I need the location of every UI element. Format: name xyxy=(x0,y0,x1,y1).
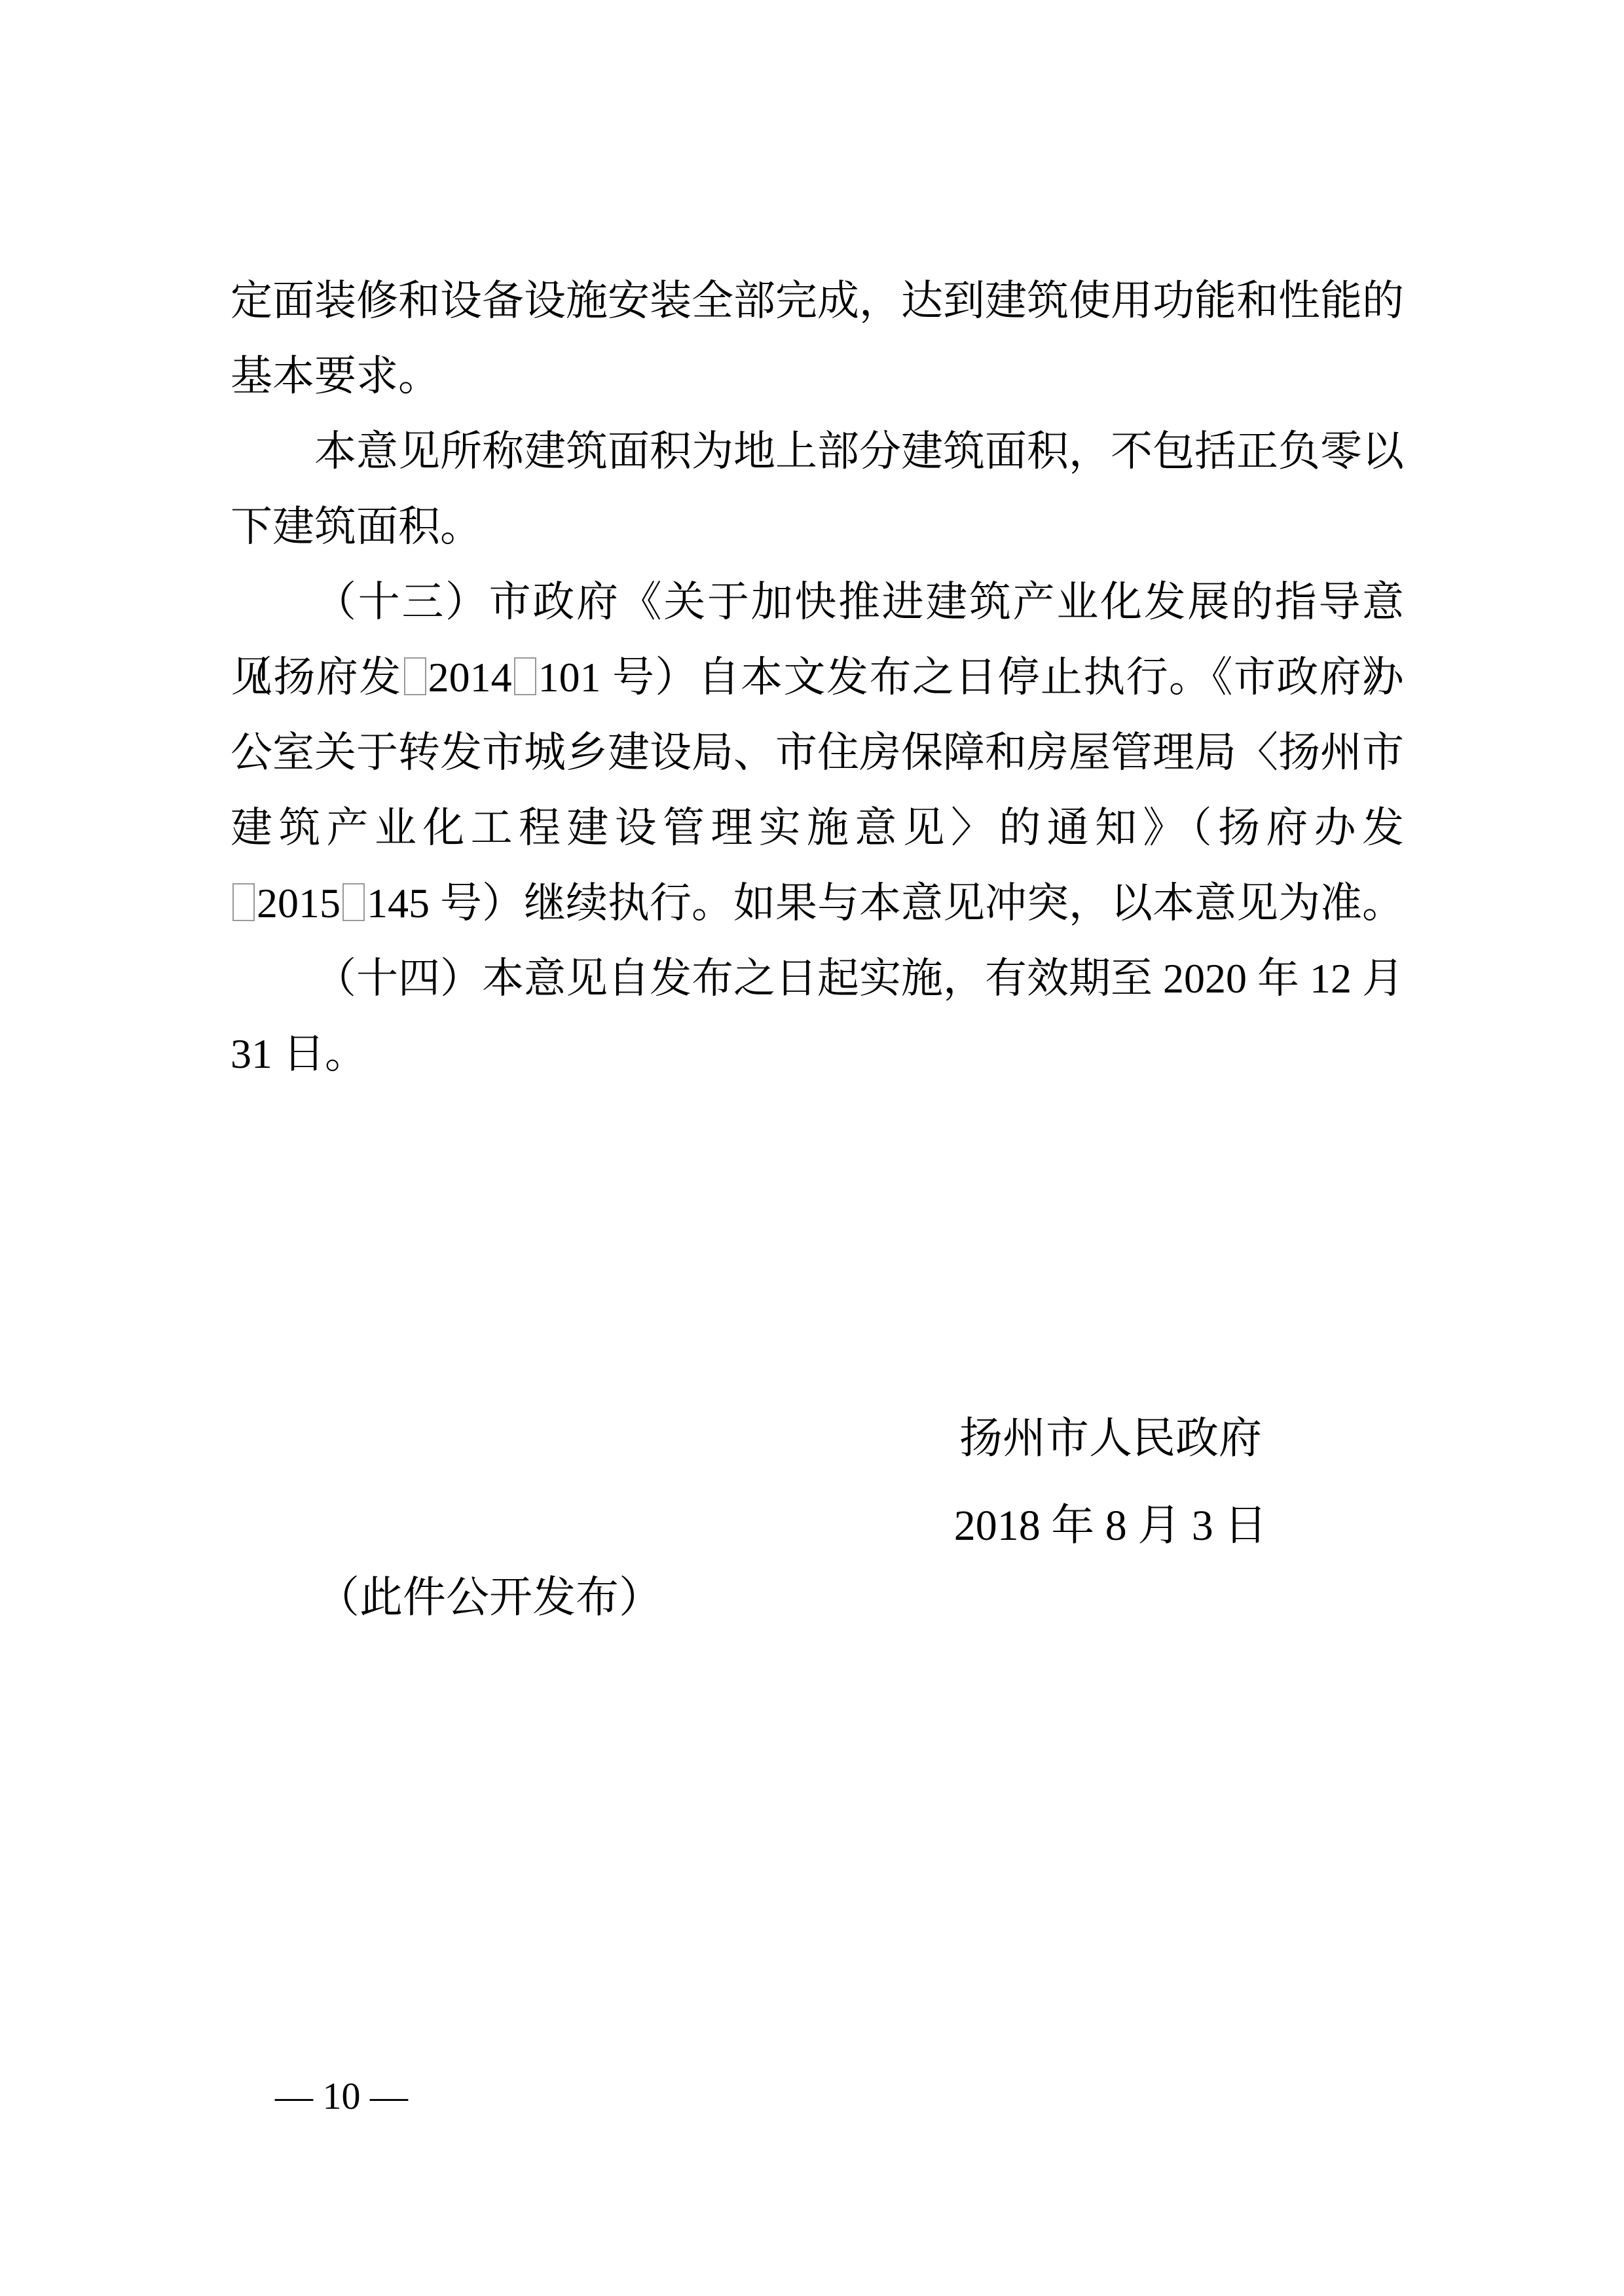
text-line: 建筑产业化工程建设管理实施意见〉的通知》（扬府办发 xyxy=(231,790,1404,866)
publish-note: （此件公开发布） xyxy=(316,1575,662,1621)
text-line: 31 日。 xyxy=(231,1016,1404,1091)
page-number: — 10 — xyxy=(275,2075,408,2117)
missing-glyph-box xyxy=(404,657,426,695)
text-line: 定面装修和设备设施安装全部完成，达到建筑使用功能和性能的 xyxy=(231,263,1404,338)
text-line: 公室关于转发市城乡建设局、市住房保障和房屋管理局〈扬州市 xyxy=(231,715,1404,790)
text-line: 基本要求。 xyxy=(231,338,1404,414)
missing-glyph-box xyxy=(514,657,536,695)
document-page: 定面装修和设备设施安装全部完成，达到建筑使用功能和性能的基本要求。本意见所称建筑… xyxy=(0,0,1624,2296)
signature-date: 2018 年 8 月 3 日 xyxy=(947,1503,1274,1549)
signature-org: 扬州市人民政府 xyxy=(947,1416,1274,1462)
missing-glyph-box xyxy=(342,883,365,921)
body-text: 定面装修和设备设施安装全部完成，达到建筑使用功能和性能的基本要求。本意见所称建筑… xyxy=(231,263,1404,1091)
text-line: （十三）市政府《关于加快推进建筑产业化发展的指导意见》 xyxy=(231,564,1404,640)
text-line: （十四）本意见自发布之日起实施，有效期至 2020 年 12 月 xyxy=(231,941,1404,1016)
missing-glyph-box xyxy=(232,883,255,921)
page-footer: — 10 — xyxy=(275,2077,408,2116)
text-line: 下建筑面积。 xyxy=(231,489,1404,564)
text-line: （扬府发2014101 号）自本文发布之日停止执行。《市政府办 xyxy=(231,640,1404,715)
text-line: 2015145 号）继续执行。如果与本意见冲突，以本意见为准。 xyxy=(231,866,1404,941)
text-line: 本意见所称建筑面积为地上部分建筑面积，不包括正负零以 xyxy=(231,414,1404,489)
